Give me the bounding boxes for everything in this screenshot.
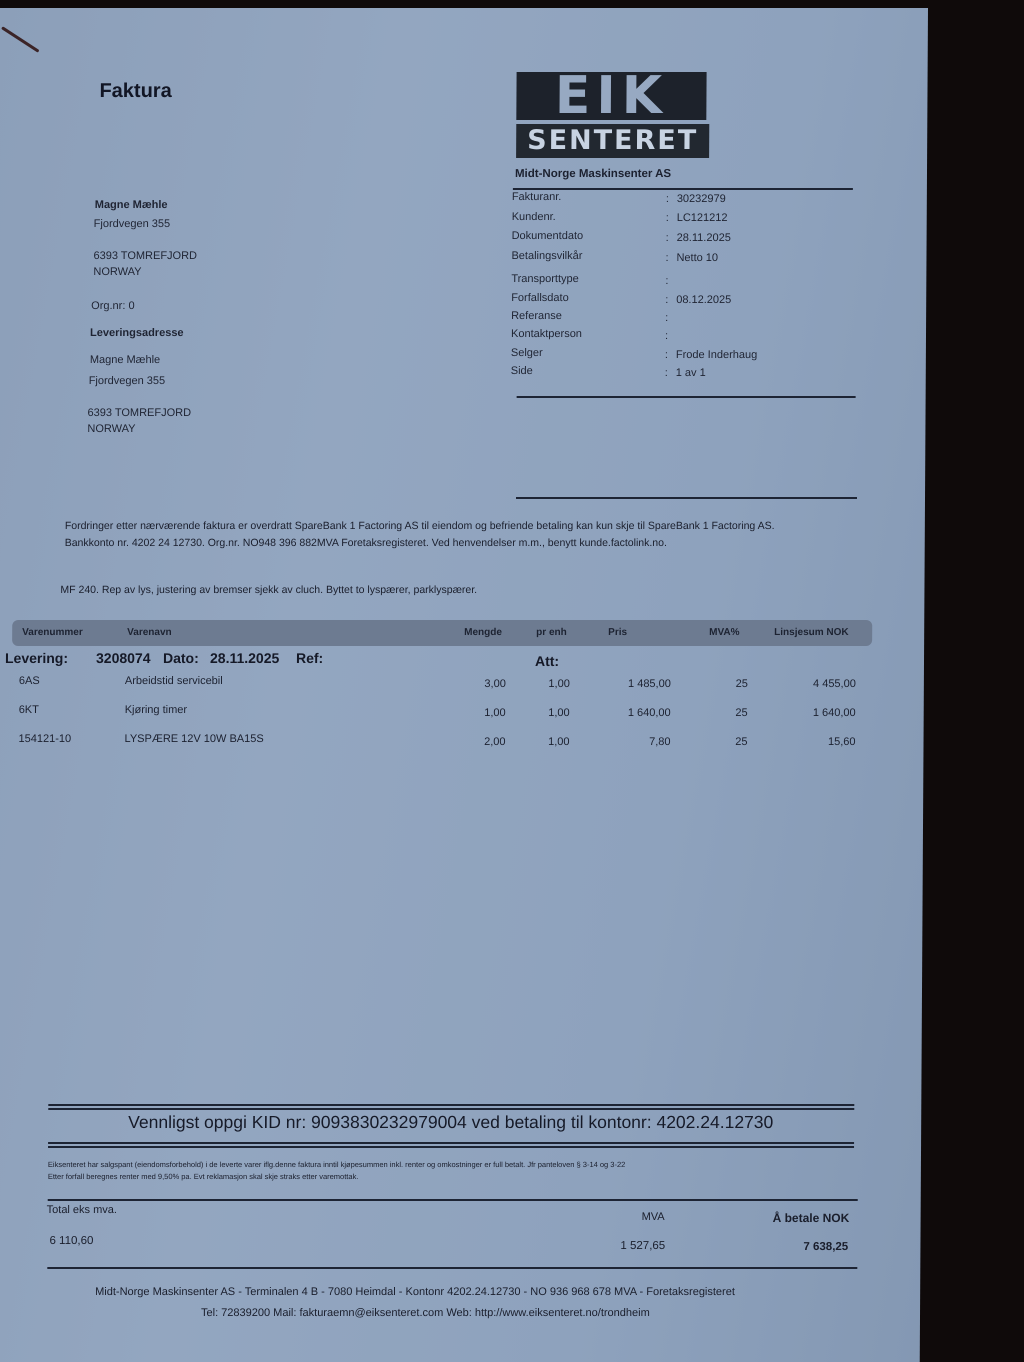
delivery-att-label: Att:: [535, 653, 559, 669]
meta-colon: :: [665, 294, 668, 306]
customer-street: Fjordvegen 355: [94, 218, 171, 230]
customer-postal: 6393 TOMREFJORD: [93, 250, 197, 262]
meta-colon: :: [665, 312, 668, 324]
legal-line-1: Eiksenteret har salgspant (eiendomsforbe…: [48, 1160, 625, 1169]
delivery-ref-label: Ref:: [296, 650, 323, 666]
delivery-street: Fjordvegen 355: [89, 375, 166, 387]
meta-label: Dokumentdato: [512, 230, 584, 242]
legal-line-2: Etter forfall beregnes renter med 9,50% …: [48, 1172, 359, 1181]
footer-company-line: Midt-Norge Maskinsenter AS - Terminalen …: [95, 1286, 735, 1298]
col-mengde: Mengde: [464, 627, 502, 638]
totals-rule-bottom: [47, 1267, 857, 1269]
meta-label: Fakturanr.: [512, 191, 562, 203]
delivery-date-label: Dato:: [163, 650, 199, 666]
totals-rule-top: [48, 1199, 858, 1201]
logo-eik: EIK: [516, 72, 706, 120]
col-varenummer: Varenummer: [22, 627, 83, 638]
cell-linjesum: 1 640,00: [736, 707, 856, 719]
meta-label: Forfallsdato: [511, 292, 569, 304]
meta-rule-bottom: [516, 497, 857, 499]
invoice-page: Faktura EIK SENTERET Midt-Norge Maskinse…: [0, 8, 928, 1362]
meta-label: Transporttype: [511, 273, 579, 285]
delivery-country: NORWAY: [87, 423, 135, 435]
delivery-name: Magne Mæhle: [90, 354, 160, 366]
table-header: Varenummer Varenavn Mengde pr enh Pris M…: [12, 620, 872, 646]
net-total-label: Total eks mva.: [47, 1204, 117, 1216]
meta-colon: :: [665, 367, 668, 379]
delivery-date: 28.11.2025: [210, 650, 279, 666]
vat-label: MVA: [642, 1211, 665, 1223]
factoring-notice: Fordringer etter nærværende faktura er o…: [65, 518, 785, 552]
logo-senteret: SENTERET: [516, 124, 709, 158]
footer-contact-line: Tel: 72839200 Mail: fakturaemn@eiksenter…: [201, 1307, 650, 1319]
meta-value: 08.12.2025: [676, 294, 731, 306]
company-name: Midt-Norge Maskinsenter AS: [515, 168, 671, 180]
kid-rule-top: [48, 1104, 854, 1110]
meta-label: Kundenr.: [512, 211, 556, 223]
cell-varenummer: 6AS: [19, 675, 40, 687]
amount-due-value: 7 638,25: [803, 1241, 848, 1253]
amount-due-label: Å betale NOK: [773, 1211, 850, 1225]
kid-rule-bottom: [48, 1142, 854, 1148]
col-linjesum: Linsjesum NOK: [774, 627, 849, 638]
delivery-heading: Leveringsadresse: [90, 327, 184, 339]
pen-mark: [1, 26, 39, 52]
meta-colon: :: [666, 193, 669, 205]
meta-rule-top: [517, 396, 856, 398]
meta-colon: :: [666, 232, 669, 244]
col-mva: MVA%: [709, 627, 739, 638]
header-rule: [513, 188, 853, 190]
customer-country: NORWAY: [93, 266, 141, 278]
delivery-number: 3208074: [96, 650, 151, 666]
cell-mva: 25: [628, 678, 748, 690]
meta-value: 30232979: [677, 193, 726, 205]
cell-varenavn: LYSPÆRE 12V 10W BA15S: [124, 733, 263, 745]
cell-mva: 25: [628, 707, 748, 719]
meta-value: Netto 10: [676, 252, 718, 264]
meta-colon: :: [665, 349, 668, 361]
cell-mva: 25: [627, 736, 747, 748]
meta-label: Referanse: [511, 310, 562, 322]
cell-varenummer: 154121-10: [18, 733, 71, 745]
col-varenavn: Varenavn: [127, 627, 172, 638]
cell-varenavn: Kjøring timer: [125, 704, 187, 716]
delivery-postal: 6393 TOMREFJORD: [87, 407, 191, 419]
meta-colon: :: [665, 275, 668, 287]
meta-colon: :: [665, 330, 668, 342]
meta-label: Side: [511, 365, 533, 377]
customer-name: Magne Mæhle: [95, 199, 168, 211]
meta-colon: :: [665, 252, 668, 264]
meta-value: Frode Inderhaug: [676, 349, 757, 361]
cell-varenummer: 6KT: [19, 704, 39, 716]
cell-linjesum: 15,60: [735, 736, 855, 748]
col-pris: Pris: [608, 627, 627, 638]
work-note: MF 240. Rep av lys, justering av bremser…: [60, 584, 477, 596]
kid-payment-text: Vennligst oppgi KID nr: 9093830232979004…: [128, 1112, 773, 1133]
meta-label: Kontaktperson: [511, 328, 582, 340]
meta-value: LC121212: [677, 212, 728, 224]
customer-org-nr: Org.nr: 0: [91, 300, 134, 312]
vat-value: 1 527,65: [620, 1240, 665, 1252]
cell-linjesum: 4 455,00: [736, 678, 856, 690]
net-total-value: 6 110,60: [49, 1235, 93, 1247]
meta-label: Selger: [511, 347, 543, 359]
meta-label: Betalingsvilkår: [511, 250, 582, 262]
meta-value: 28.11.2025: [677, 232, 731, 244]
delivery-label: Levering:: [5, 650, 68, 666]
meta-colon: :: [666, 212, 669, 224]
document-title: Faktura: [99, 80, 171, 103]
cell-varenavn: Arbeidstid servicebil: [125, 675, 223, 687]
meta-value: 1 av 1: [676, 367, 706, 379]
col-pr-enh: pr enh: [536, 627, 567, 638]
